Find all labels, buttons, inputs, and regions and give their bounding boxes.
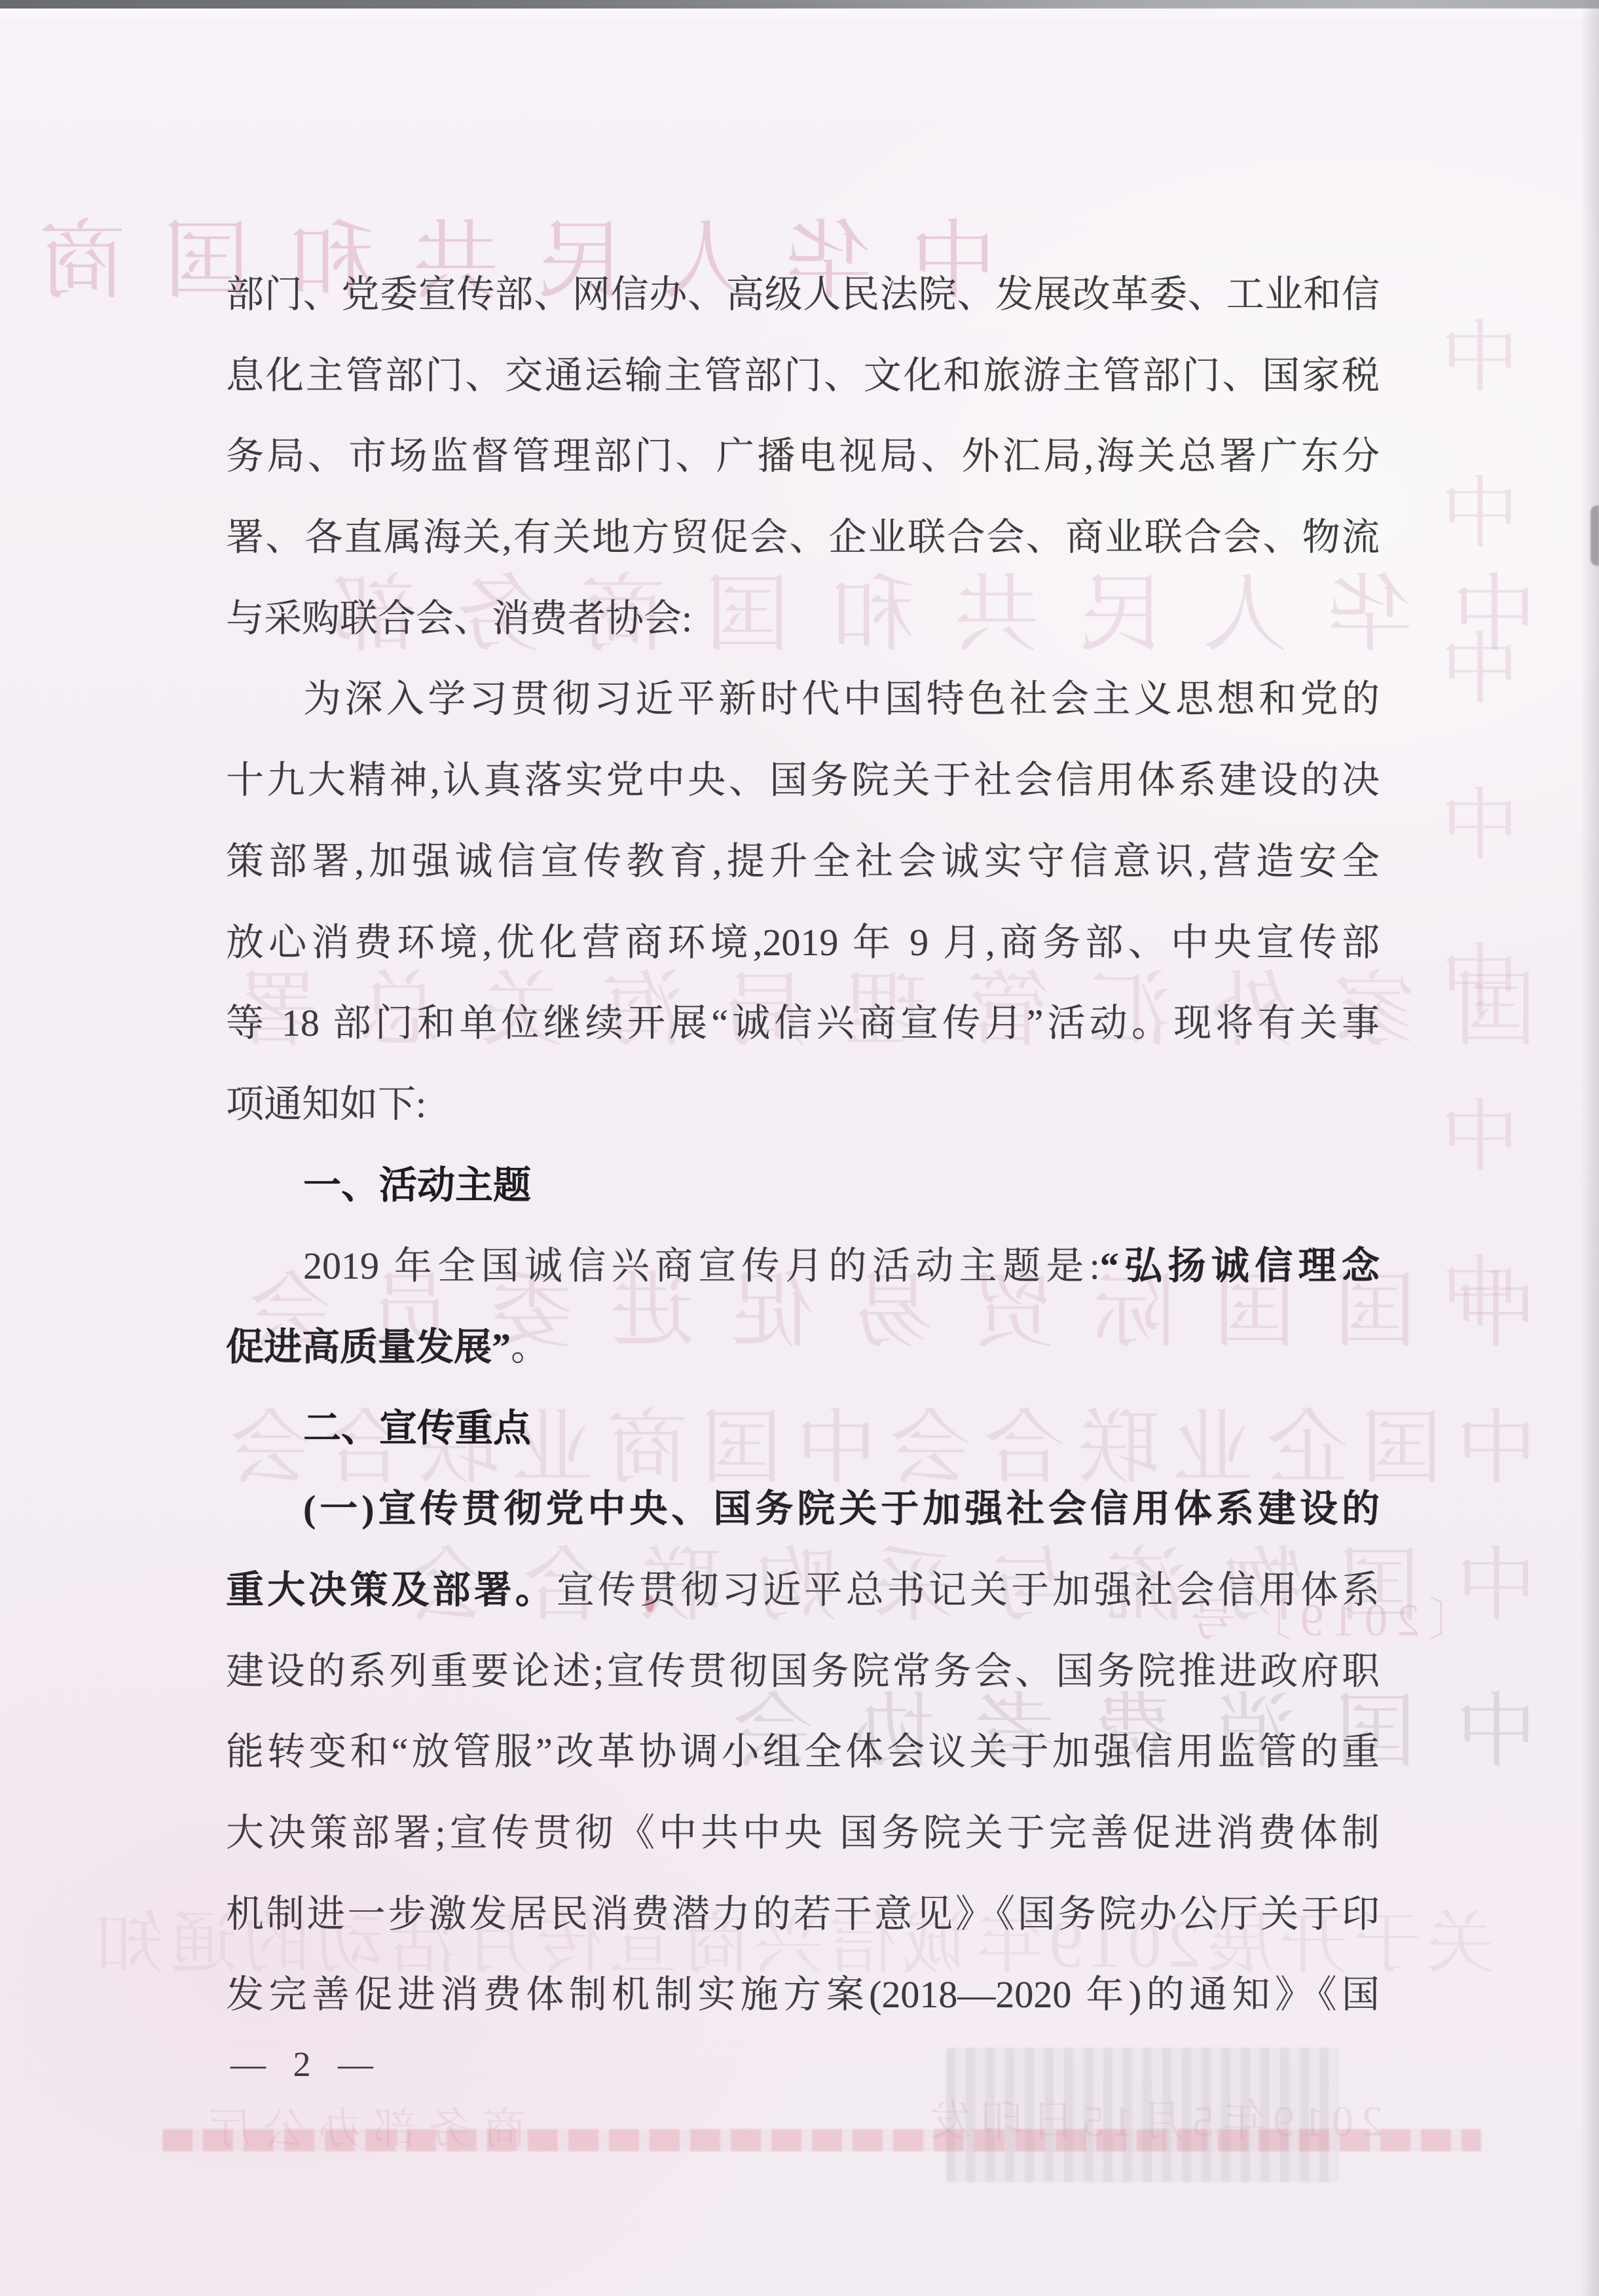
paragraph4-line2-regular: 宣传贯彻习近平总书记关于加强社会信用体系	[557, 1569, 1380, 1611]
page-right-edge-shadow	[1581, 0, 1599, 2296]
paragraph2-line4: 放心消费环境,优化营商环境,2019 年 9 月,商务部、中央宣传部	[226, 902, 1380, 983]
section-heading-2: 二、宣传重点	[226, 1388, 1380, 1469]
paragraph1-line3: 务局、市场监督管理部门、广播电视局、外汇局,海关总署广东分	[226, 416, 1380, 497]
paragraph3-line1-regular: 2019 年全国诚信兴商宣传月的活动主题是:	[303, 1245, 1100, 1287]
paragraph4-line3: 建设的系列重要论述;宣传贯彻国务院常务会、国务院推进政府职	[226, 1631, 1380, 1712]
paragraph4-line7: 发完善促进消费体制机制实施方案(2018—2020 年)的通知》《国	[226, 1954, 1380, 2035]
paragraph4-line2-bold: 重大决策及部署。	[226, 1569, 557, 1611]
bleedthrough-gray-block	[946, 2048, 1339, 2182]
paragraph2-line6: 项通知如下:	[226, 1064, 1380, 1145]
paragraph1-line5: 与采购联合会、消费者协会:	[226, 578, 1380, 659]
paragraph1-line2: 息化主管部门、交通运输主管部门、文化和旅游主管部门、国家税	[226, 335, 1380, 416]
paragraph3-line1: 2019 年全国诚信兴商宣传月的活动主题是:“弘扬诚信理念	[226, 1226, 1380, 1307]
paragraph2-line3: 策部署,加强诚信宣传教育,提升全社会诚实守信意识,营造安全	[226, 821, 1380, 902]
bleedthrough-right-column: 中中中中中中中	[1431, 316, 1543, 1406]
paragraph2-line1: 为深入学习贯彻习近平新时代中国特色社会主义思想和党的	[226, 659, 1380, 740]
scanned-document-page: 中华人民共和国商务部 中华人民共和国商务部 国家外汇管理局海关总署 中国国际贸易…	[0, 0, 1599, 2296]
scan-edge-mark	[1590, 505, 1599, 566]
paragraph4-line4: 能转变和“放管服”改革协调小组全体会议关于加强信用监管的重	[226, 1711, 1380, 1793]
section-heading-1: 一、活动主题	[226, 1145, 1380, 1226]
paragraph3-line2-regular: 。	[511, 1326, 549, 1368]
paragraph4-line6: 机制进一步激发居民消费潜力的若干意见》《国务院办公厅关于印	[226, 1874, 1380, 1955]
paragraph1-line1: 部门、党委宣传部、网信办、高级人民法院、发展改革委、工业和信	[226, 254, 1380, 335]
document-body: 部门、党委宣传部、网信办、高级人民法院、发展改革委、工业和信 息化主管部门、交通…	[226, 254, 1380, 2035]
paragraph3-line1-bold: “弘扬诚信理念	[1100, 1245, 1380, 1287]
paragraph4-line1: (一)宣传贯彻党中央、国务院关于加强社会信用体系建设的	[226, 1468, 1380, 1550]
paragraph3-line2-bold: 促进高质量发展”	[226, 1326, 511, 1368]
scanner-top-edge-highlight	[0, 9, 1599, 22]
paragraph1-line4: 署、各直属海关,有关地方贸促会、企业联合会、商业联合会、物流	[226, 497, 1380, 578]
scanner-top-edge	[0, 0, 1599, 9]
paragraph2-line5: 等 18 部门和单位继续开展“诚信兴商宣传月”活动。现将有关事	[226, 983, 1380, 1064]
paragraph3-line2: 促进高质量发展”。	[226, 1307, 1380, 1388]
bleedthrough-pink-band	[162, 2129, 1481, 2151]
paragraph4-line5: 大决策部署;宣传贯彻《中共中央 国务院关于完善促进消费体制	[226, 1793, 1380, 1874]
page-number: — 2 —	[230, 2035, 382, 2094]
paragraph2-line2: 十九大精神,认真落实党中央、国务院关于社会信用体系建设的决	[226, 740, 1380, 821]
paragraph4-line2: 重大决策及部署。宣传贯彻习近平总书记关于加强社会信用体系	[226, 1550, 1380, 1631]
